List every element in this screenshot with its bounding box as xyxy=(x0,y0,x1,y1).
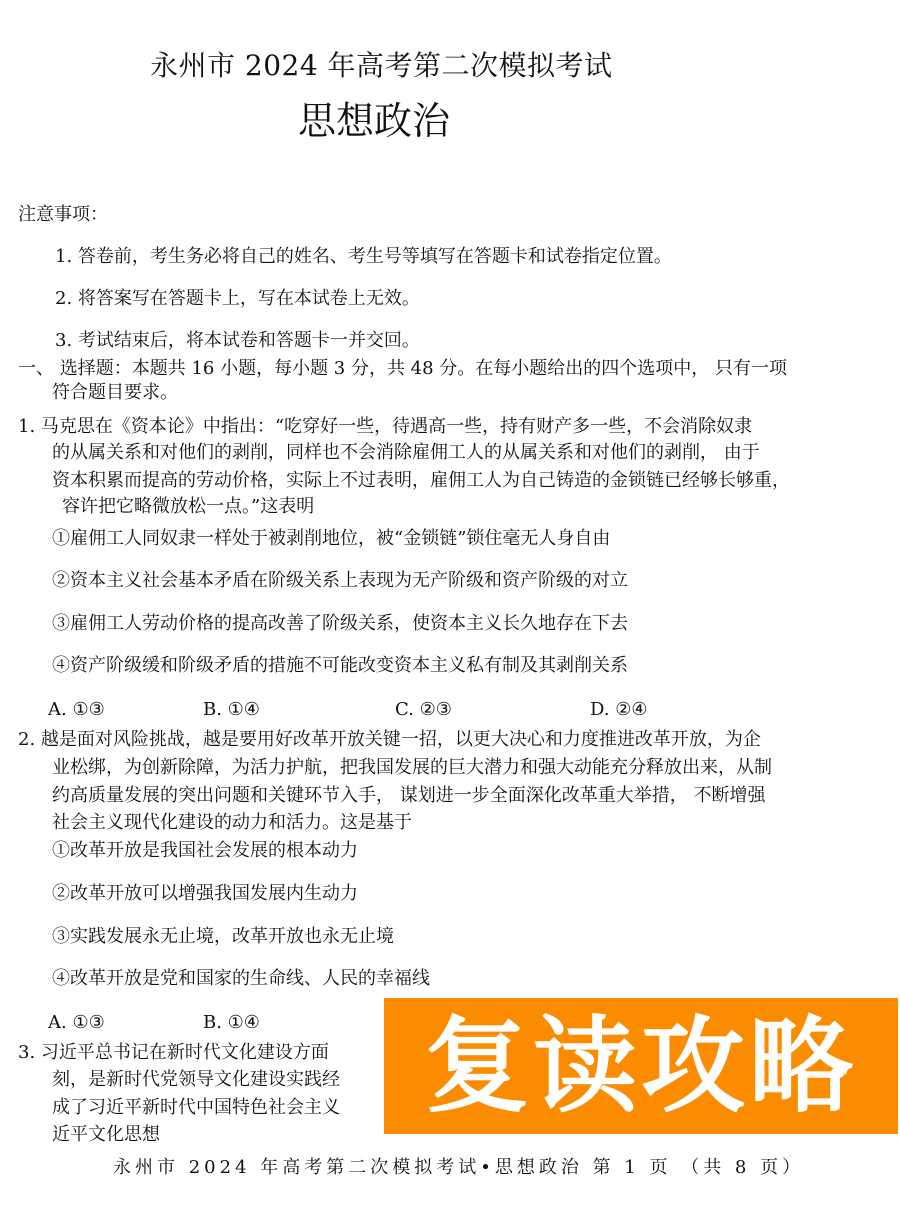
question-stem-line: 成了习近平新时代中国特色社会主义 xyxy=(52,1097,340,1119)
question-stem-line: 业松绑，为创新除障，为活力护航，把我国发展的巨大潜力和强大动能充分释放出来，从制 xyxy=(52,757,772,779)
option-a: A. ①③ xyxy=(48,699,105,721)
question-stem-line: 1. 马克思在《资本论》中指出：“吃穿好一些，待遇高一些，持有财产多一些，不会消… xyxy=(18,416,752,438)
watermark-text: 复读攻略 xyxy=(425,1014,857,1118)
option-c: C. ②③ xyxy=(395,699,452,721)
question-stem-line: 的从属关系和对他们的剥削，同样也不会消除雇佣工人的从属关系和对他们的剥削， 由于 xyxy=(52,442,760,464)
section-heading: 一、 选择题：本题共 16 小题，每小题 3 分，共 48 分。在每小题给出的四… xyxy=(18,358,787,380)
note-item: 3. 考试结束后，将本试卷和答题卡一并交回。 xyxy=(55,330,420,352)
question-stem-line: 刻，是新时代党领导文化建设实践经 xyxy=(52,1069,340,1091)
option-b: B. ①④ xyxy=(203,699,260,721)
statement: ①雇佣工人同奴隶一样处于被剥削地位，被“金锁链”锁住毫无人身自由 xyxy=(52,528,610,550)
question-stem-line: 3. 习近平总书记在新时代文化建设方面 xyxy=(18,1042,329,1064)
option-b: B. ①④ xyxy=(203,1012,260,1034)
question-stem-line: 2. 越是面对风险挑战，越是要用好改革开放关键一招，以更大决心和力度推进改革开放… xyxy=(18,729,761,751)
section-heading-cont: 符合题目要求。 xyxy=(52,382,178,404)
option-d: D. ②④ xyxy=(590,699,648,721)
statement: ①改革开放是我国社会发展的根本动力 xyxy=(52,840,358,862)
question-stem-line: 约高质量发展的突出问题和关键环节入手， 谋划进一步全面深化改革重大举措， 不断增… xyxy=(52,785,765,807)
watermark-banner: 复读攻略 xyxy=(384,998,898,1134)
note-item: 1. 答卷前，考生务必将自己的姓名、考生号等填写在答题卡和试卷指定位置。 xyxy=(55,246,672,268)
question-stem-line: 近平文化思想 xyxy=(52,1124,160,1146)
notes-heading: 注意事项： xyxy=(18,204,108,226)
subject-title: 思想政治 xyxy=(298,90,450,145)
statement: ③雇佣工人劳动价格的提高改善了阶级关系，使资本主义长久地存在下去 xyxy=(52,613,628,635)
statement: ②资本主义社会基本矛盾在阶级关系上表现为无产阶级和资产阶级的对立 xyxy=(52,570,628,592)
question-stem-line: 容许把它略微放松一点。”这表明 xyxy=(62,496,314,518)
note-item: 2. 将答案写在答题卡上，写在本试卷上无效。 xyxy=(55,288,420,310)
option-a: A. ①③ xyxy=(48,1012,105,1034)
statement: ③实践发展永无止境，改革开放也永无止境 xyxy=(52,926,394,948)
exam-title: 永州市 2024 年高考第二次模拟考试 xyxy=(150,44,613,84)
question-stem-line: 资本积累而提高的劳动价格，实际上不过表明，雇佣工人为自己铸造的金锁链已经够长够重… xyxy=(52,470,790,492)
statement: ④改革开放是党和国家的生命线、人民的幸福线 xyxy=(52,968,430,990)
statement: ②改革开放可以增强我国发展内生动力 xyxy=(52,883,358,905)
question-stem-line: 社会主义现代化建设的动力和活力。这是基于 xyxy=(52,812,412,834)
page-footer: 永州市 2024 年高考第二次模拟考试•思想政治 第 1 页 （共 8 页） xyxy=(113,1153,804,1179)
statement: ④资产阶级缓和阶级矛盾的措施不可能改变资本主义私有制及其剥削关系 xyxy=(52,655,628,677)
